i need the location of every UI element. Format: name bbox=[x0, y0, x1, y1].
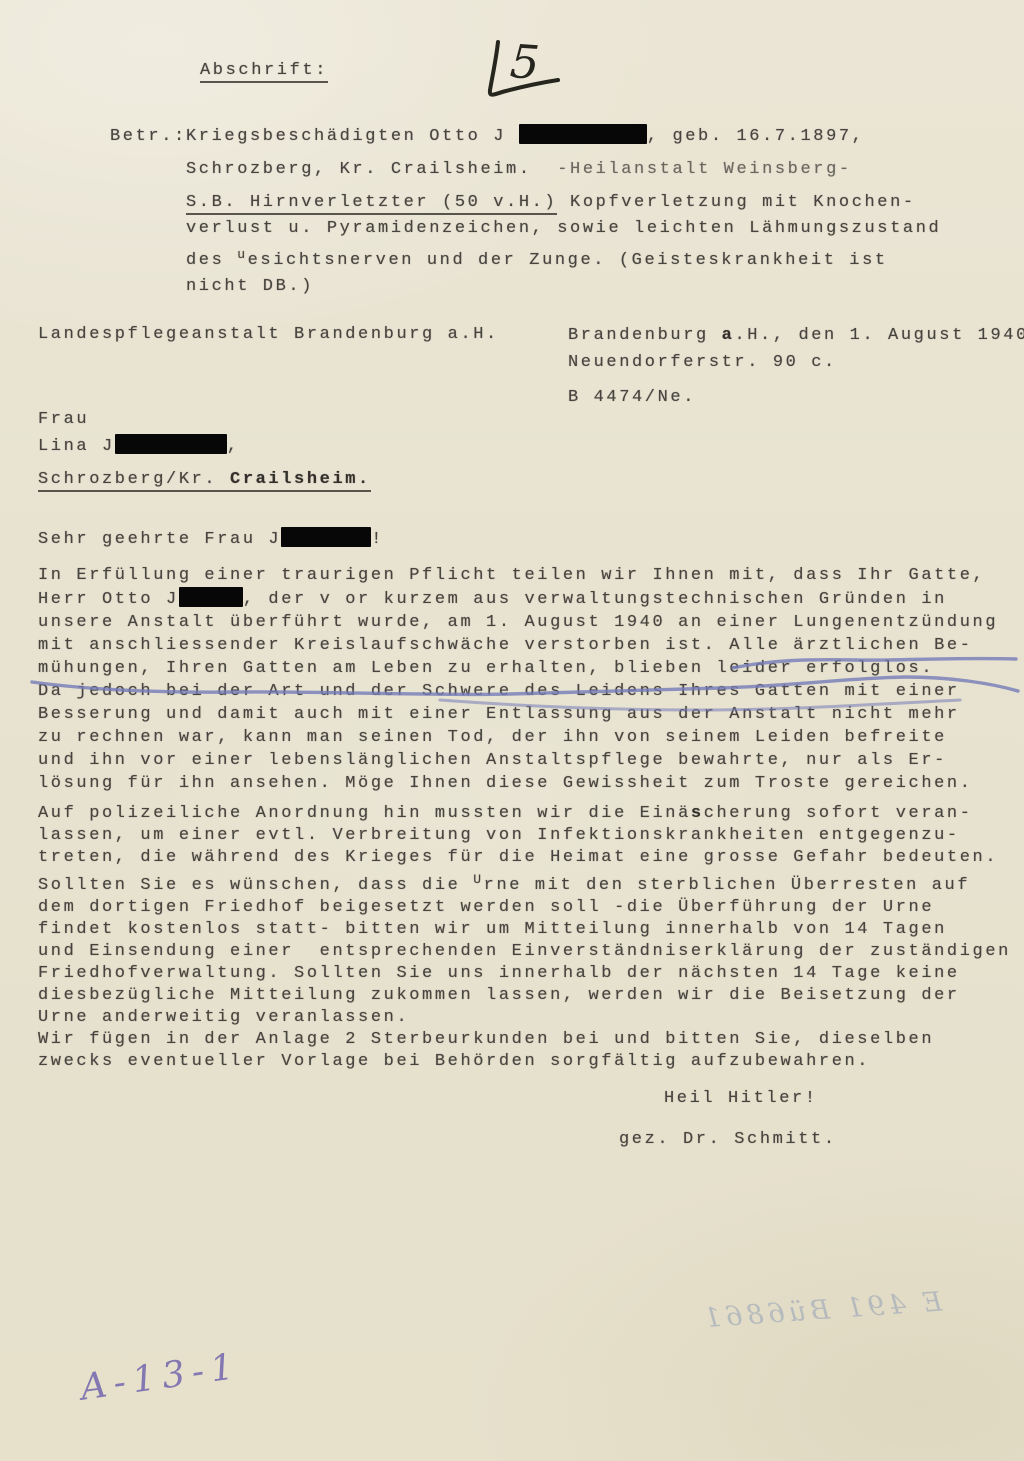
handwritten-page-number: 5 bbox=[508, 34, 541, 90]
text-segment: B 4474/Ne. bbox=[568, 388, 696, 407]
handwritten-archive-mark: A-13-1 bbox=[78, 1346, 243, 1409]
closing-signature: gez. Dr. Schmitt. bbox=[619, 1127, 837, 1153]
mirrored-archive-number: E 491 Bü6861 bbox=[699, 1287, 943, 1335]
text-segment: lassen, um einer evtl. Verbreitung von I… bbox=[38, 826, 960, 845]
text-segment: Frau bbox=[38, 410, 89, 429]
text-line: verlust u. Pyramidenzeichen, sowie leich… bbox=[186, 216, 941, 242]
text-line: Urne anderweitig veranlassen. bbox=[38, 1007, 1011, 1029]
text-line: B 4474/Ne. bbox=[568, 384, 1024, 411]
text-segment: Friedhofverwaltung. Sollten Sie uns inne… bbox=[38, 964, 960, 983]
text-line: und Einsendung einer entsprechenden Einv… bbox=[38, 941, 1011, 963]
text-segment: Sollten Sie es wünschen, dass die bbox=[38, 876, 473, 895]
text-segment: unsere Anstalt überführt wurde, am 1. Au… bbox=[38, 613, 998, 632]
text-segment: u bbox=[237, 247, 247, 262]
text-line: Landespflegeanstalt Brandenburg a.H. bbox=[38, 322, 499, 348]
text-segment: rne mit den sterblichen Überresten auf bbox=[484, 876, 970, 895]
text-segment: zu rechnen war, kann man seinen Tod, der… bbox=[38, 728, 947, 747]
text-segment: a bbox=[722, 326, 735, 345]
text-line: Wir fügen in der Anlage 2 Sterbeurkunden… bbox=[38, 1029, 1011, 1051]
date-lines: Brandenburg a.H., den 1. August 1940.Neu… bbox=[568, 322, 1024, 411]
text-segment: .H., den 1. August 1940. bbox=[734, 326, 1024, 345]
betreff-lines: Kriegsbeschädigten Otto J , geb. 16.7.18… bbox=[186, 124, 941, 300]
text-segment: cherung sofort veran- bbox=[704, 804, 973, 823]
text-line: mühungen, Ihren Gatten am Leben zu erhal… bbox=[38, 657, 998, 680]
text-segment: s bbox=[691, 804, 704, 823]
paragraph-2: Auf polizeiliche Anordnung hin mussten w… bbox=[38, 803, 1011, 1073]
text-segment: U bbox=[473, 872, 483, 887]
text-segment: mühungen, Ihren Gatten am Leben zu erhal… bbox=[38, 659, 934, 678]
text-line: unsere Anstalt überführt wurde, am 1. Au… bbox=[38, 611, 998, 634]
text-segment: und ihn vor einer lebenslänglichen Ansta… bbox=[38, 751, 947, 770]
text-line: lassen, um einer evtl. Verbreitung von I… bbox=[38, 825, 1011, 847]
text-line: mit anschliessender Kreislaufschwäche ve… bbox=[38, 634, 998, 657]
paragraph-1: In Erfüllung einer traurigen Pflicht tei… bbox=[38, 564, 998, 795]
text-line: Da jedoch bei der Art und der Schwere de… bbox=[38, 680, 998, 703]
text-segment: Kriegsbeschädigten Otto J bbox=[186, 127, 519, 146]
salutation: Sehr geehrte Frau J! bbox=[38, 527, 384, 553]
text-line: In Erfüllung einer traurigen Pflicht tei… bbox=[38, 564, 998, 587]
text-segment: Lina J bbox=[38, 437, 115, 456]
betreff-block: Betr.: Kriegsbeschädigten Otto J , geb. … bbox=[110, 124, 941, 300]
text-segment: zwecks eventueller Vorlage bei Behörden … bbox=[38, 1052, 870, 1071]
paragraph-2-lines: Auf polizeiliche Anordnung hin mussten w… bbox=[38, 803, 1011, 1073]
recipient-block: FrauLina J,Schrozberg/Kr. Crailsheim. bbox=[38, 406, 371, 493]
text-line: Sehr geehrte Frau J! bbox=[38, 527, 384, 553]
text-line: Neuendorferstr. 90 c. bbox=[568, 349, 1024, 376]
text-line: lösung für ihn ansehen. Möge Ihnen diese… bbox=[38, 772, 998, 795]
text-line: des uesichtsnerven und der Zunge. (Geist… bbox=[186, 242, 941, 274]
closing-salute: Heil Hitler! bbox=[664, 1086, 818, 1112]
text-segment: Besserung und damit auch mit einer Entla… bbox=[38, 705, 960, 724]
text-segment: des bbox=[186, 251, 237, 270]
redaction-bar bbox=[115, 434, 227, 454]
sender-lines: Landespflegeanstalt Brandenburg a.H. bbox=[38, 322, 499, 348]
check-stroke bbox=[490, 42, 558, 95]
text-line: zu rechnen war, kann man seinen Tod, der… bbox=[38, 726, 998, 749]
text-line: Auf polizeiliche Anordnung hin mussten w… bbox=[38, 803, 1011, 825]
text-segment: Landespflegeanstalt Brandenburg a.H. bbox=[38, 325, 499, 344]
text-segment: Sehr geehrte Frau J bbox=[38, 530, 281, 549]
text-segment: Schrozberg/Kr. bbox=[38, 470, 230, 492]
text-segment: lösung für ihn ansehen. Möge Ihnen diese… bbox=[38, 774, 973, 793]
text-line: Schrozberg, Kr. Crailsheim. -Heilanstalt… bbox=[186, 157, 941, 183]
paragraph-1-lines: In Erfüllung einer traurigen Pflicht tei… bbox=[38, 564, 998, 795]
recipient-lines: FrauLina J,Schrozberg/Kr. Crailsheim. bbox=[38, 406, 371, 493]
handwritten-page-number-mark: 5 bbox=[440, 20, 600, 110]
text-line: nicht DB.) bbox=[186, 274, 941, 300]
text-line: Friedhofverwaltung. Sollten Sie uns inne… bbox=[38, 963, 1011, 985]
text-segment: verlust u. Pyramidenzeichen, sowie leich… bbox=[186, 219, 941, 238]
sender-block: Landespflegeanstalt Brandenburg a.H. bbox=[38, 322, 499, 348]
text-segment: Herr Otto J bbox=[38, 590, 179, 609]
abschrift-heading: Abschrift: bbox=[200, 58, 328, 84]
text-segment: ! bbox=[371, 530, 384, 549]
text-segment: -Heilanstalt Weinsberg- bbox=[557, 160, 851, 179]
text-line: Kriegsbeschädigten Otto J , geb. 16.7.18… bbox=[186, 124, 941, 150]
text-line: Besserung und damit auch mit einer Entla… bbox=[38, 703, 998, 726]
redaction-bar bbox=[179, 587, 243, 607]
text-segment: treten, die während des Krieges für die … bbox=[38, 848, 998, 867]
text-segment: Crailsheim. bbox=[230, 470, 371, 492]
text-line: Herr Otto J, der v or kurzem aus verwalt… bbox=[38, 587, 998, 611]
text-segment: , der v or kurzem aus verwaltungstechnis… bbox=[243, 590, 947, 609]
redaction-bar bbox=[281, 527, 371, 547]
text-segment: Auf polizeiliche Anordnung hin mussten w… bbox=[38, 804, 691, 823]
text-segment: mit anschliessender Kreislaufschwäche ve… bbox=[38, 636, 973, 655]
text-segment: Wir fügen in der Anlage 2 Sterbeurkunden… bbox=[38, 1030, 934, 1049]
text-line: dem dortigen Friedhof beigesetzt werden … bbox=[38, 897, 1011, 919]
text-line: S.B. Hirnverletzter (50 v.H.) Kopfverlet… bbox=[186, 190, 941, 216]
text-segment: S.B. Hirnverletzter (50 v.H.) bbox=[186, 193, 557, 215]
text-line: Sollten Sie es wünschen, dass die Urne m… bbox=[38, 869, 1011, 897]
text-segment: Schrozberg, Kr. Crailsheim. bbox=[186, 160, 557, 179]
salutation-line: Sehr geehrte Frau J! bbox=[38, 527, 384, 553]
text-line: Schrozberg/Kr. Crailsheim. bbox=[38, 466, 371, 493]
text-segment: diesbezügliche Mitteilung zukommen lasse… bbox=[38, 986, 960, 1005]
text-line: und ihn vor einer lebenslänglichen Ansta… bbox=[38, 749, 998, 772]
text-segment: , geb. 16.7.1897, bbox=[647, 127, 865, 146]
letter-page: Abschrift: 5 Betr.: Kriegsbeschädigten O… bbox=[0, 0, 1024, 1461]
text-segment: Brandenburg bbox=[568, 326, 722, 345]
text-line: findet kostenlos statt- bitten wir um Mi… bbox=[38, 919, 1011, 941]
text-segment: Da jedoch bei der Art und der Schwere de… bbox=[38, 682, 960, 701]
text-line: Lina J, bbox=[38, 433, 371, 460]
betreff-label: Betr.: bbox=[110, 124, 187, 150]
text-segment: In Erfüllung einer traurigen Pflicht tei… bbox=[38, 566, 985, 585]
text-line: zwecks eventueller Vorlage bei Behörden … bbox=[38, 1051, 1011, 1073]
abschrift-label: Abschrift: bbox=[200, 61, 328, 83]
redaction-bar bbox=[519, 124, 647, 144]
text-line: Frau bbox=[38, 406, 371, 433]
date-block: Brandenburg a.H., den 1. August 1940.Neu… bbox=[568, 322, 1024, 411]
text-segment: Urne anderweitig veranlassen. bbox=[38, 1008, 409, 1027]
text-segment: esichtsnerven und der Zunge. (Geisteskra… bbox=[248, 251, 888, 270]
text-line: treten, die während des Krieges für die … bbox=[38, 847, 1011, 869]
text-segment: Kopfverletzung mit Knochen- bbox=[557, 193, 915, 212]
text-segment: findet kostenlos statt- bitten wir um Mi… bbox=[38, 920, 947, 939]
text-segment: nicht DB.) bbox=[186, 277, 314, 296]
text-segment: und Einsendung einer entsprechenden Einv… bbox=[38, 942, 1011, 961]
text-segment: dem dortigen Friedhof beigesetzt werden … bbox=[38, 898, 934, 917]
text-line: Brandenburg a.H., den 1. August 1940. bbox=[568, 322, 1024, 349]
text-line: diesbezügliche Mitteilung zukommen lasse… bbox=[38, 985, 1011, 1007]
text-segment: Neuendorferstr. 90 c. bbox=[568, 353, 837, 372]
text-segment: , bbox=[227, 437, 240, 456]
